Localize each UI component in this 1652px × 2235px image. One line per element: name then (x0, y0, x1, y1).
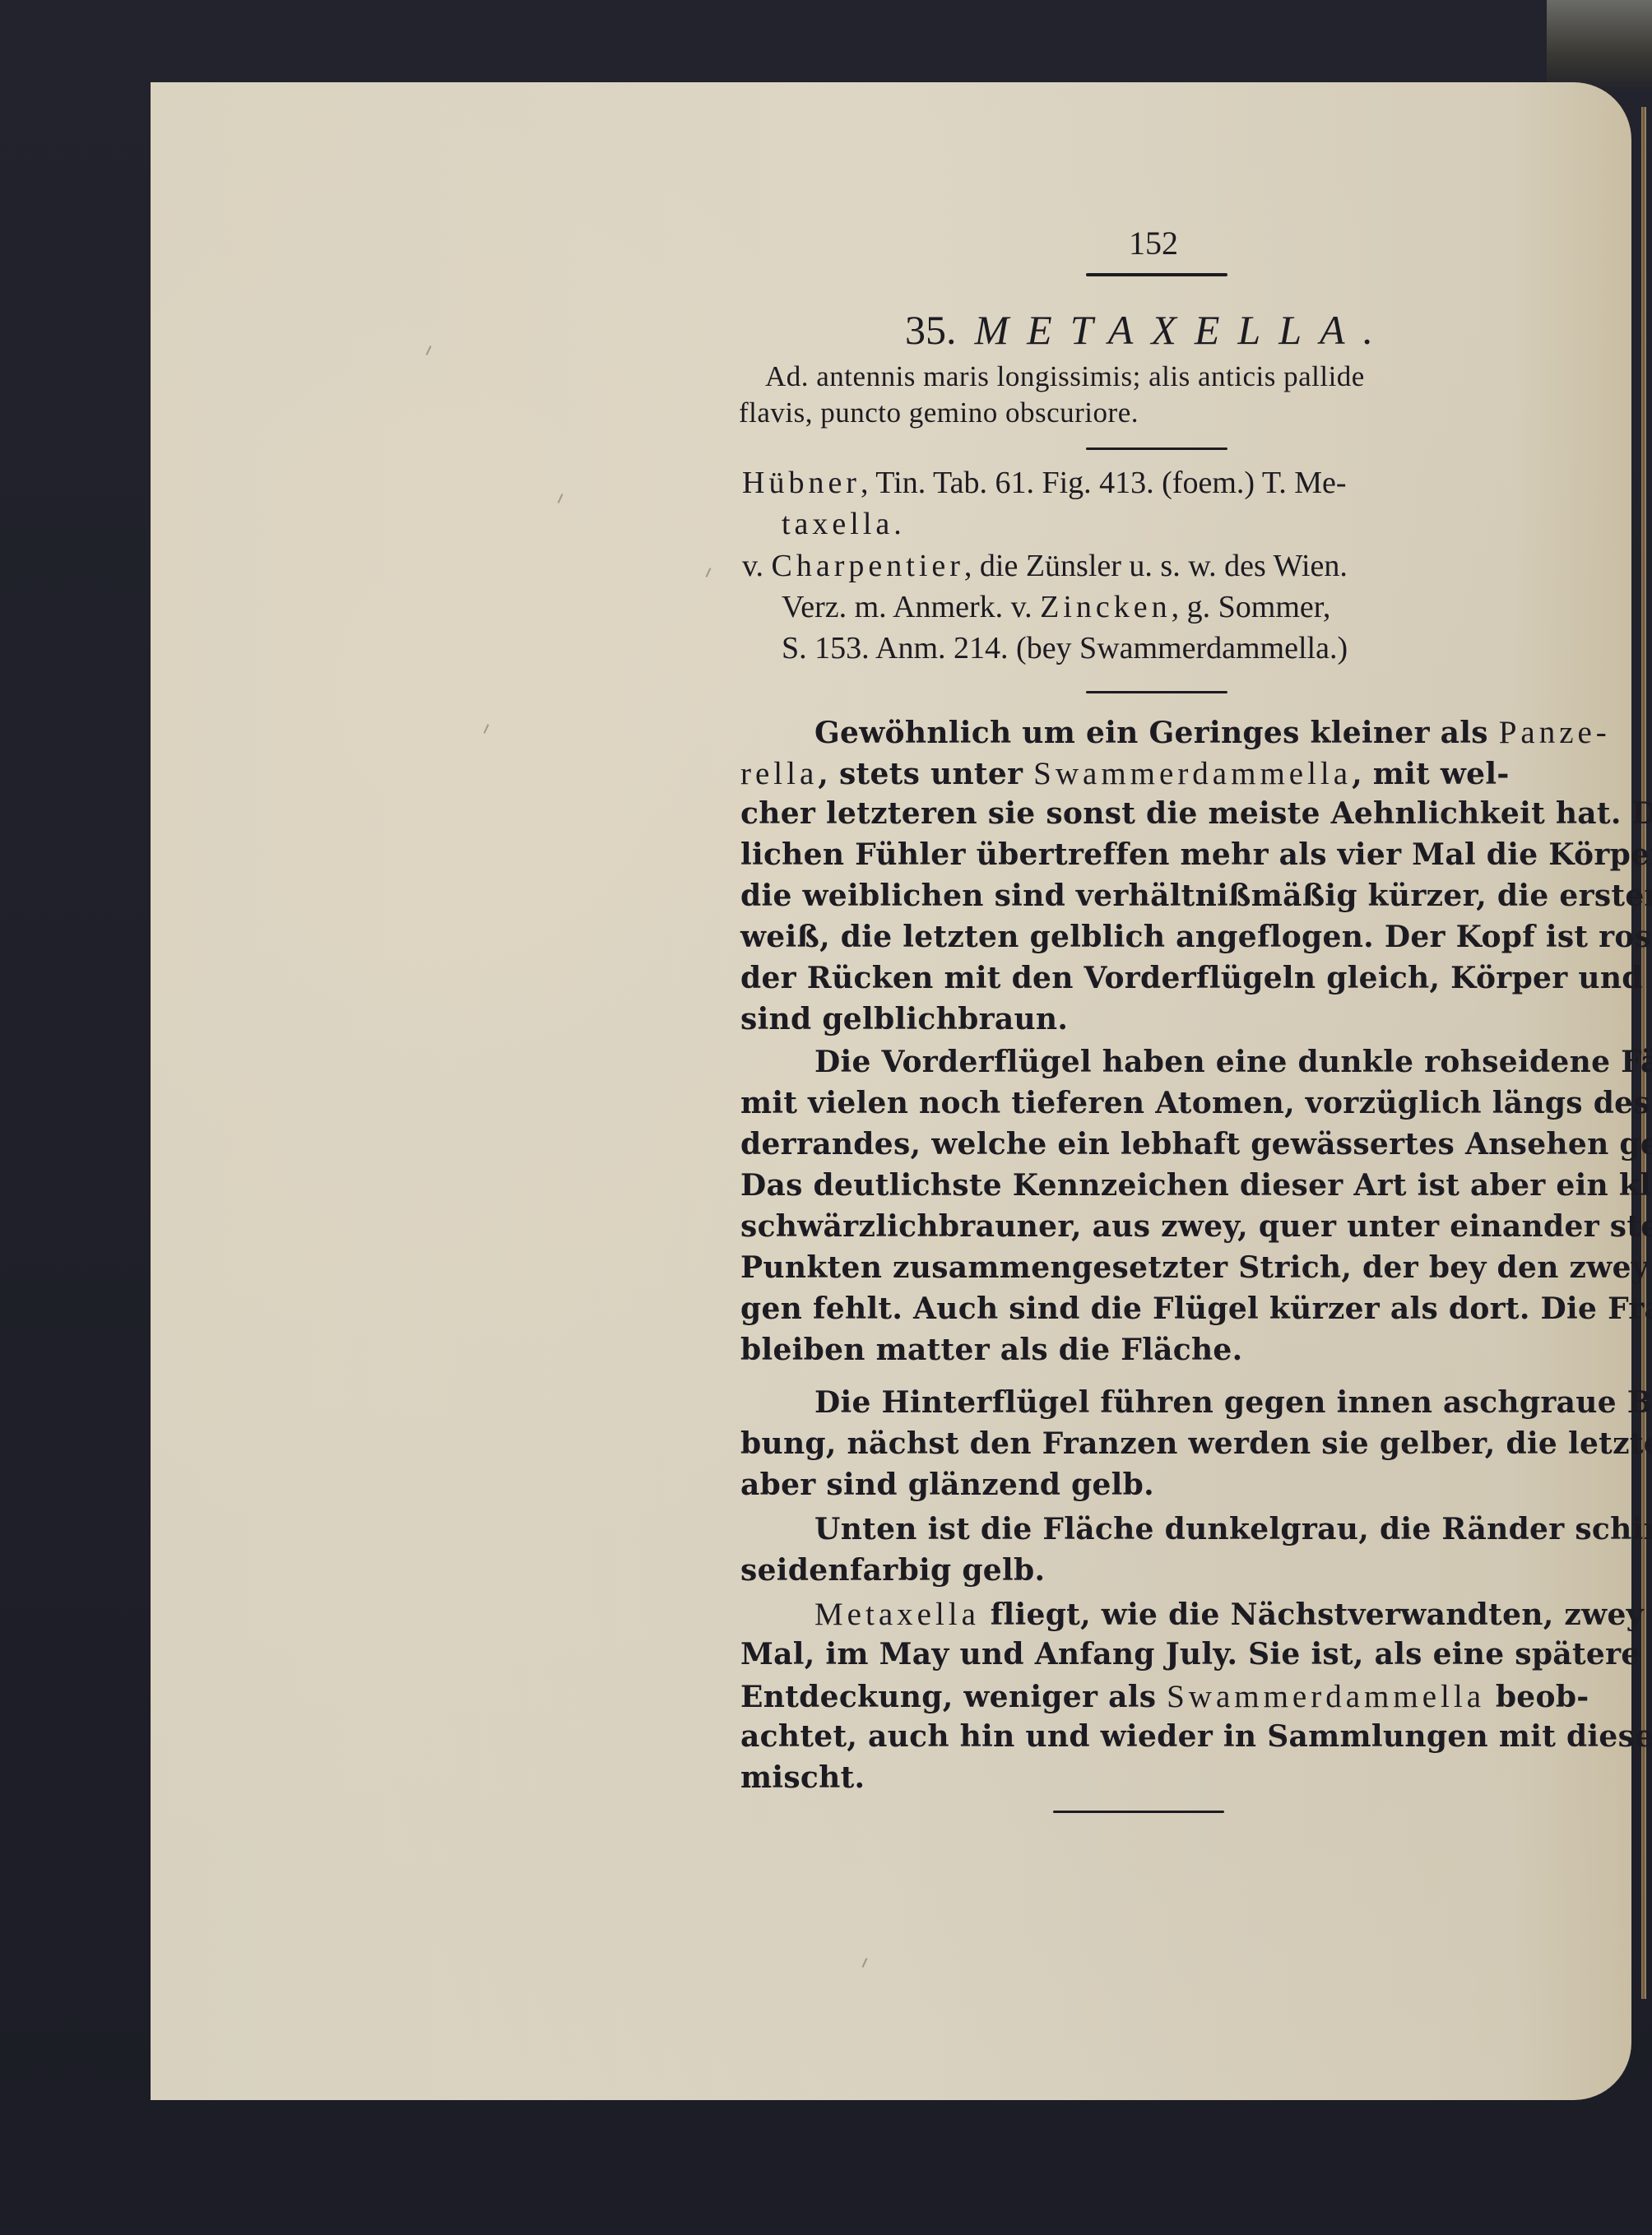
paragraph-line: derrandes, welche ein lebhaft gewässerte… (740, 1127, 1652, 1162)
section-heading: 35.METAXELLA. (905, 306, 1391, 354)
bibliography-line: S. 153. Anm. 214. (bey Swammerdammella.) (782, 630, 1348, 666)
paragraph-line: lichen Fühler übertreffen mehr als vier … (740, 837, 1652, 872)
paragraph-line: der Rücken mit den Vorderflügeln gleich,… (740, 961, 1652, 995)
bibliography-line: v. Charpentier, die Zünsler u. s. w. des… (742, 548, 1348, 584)
paragraph-line: achtet, auch hin und wieder in Sammlunge… (740, 1719, 1652, 1754)
section-number: 35. (905, 307, 957, 353)
diagnosis-line: flavis, puncto gemino obscuriore. (739, 396, 1139, 429)
paragraph-line: Punkten zusammengesetzter Strich, der be… (740, 1250, 1652, 1285)
paragraph-line: mischt. (740, 1760, 865, 1795)
separator-rule (1086, 447, 1227, 450)
paragraph-line: Entdeckung, weniger als Swammerdammella … (740, 1678, 1589, 1715)
paragraph-line: Die Hinterflügel führen gegen innen asch… (814, 1385, 1652, 1420)
paragraph-line: Mal, im May und Anfang July. Sie ist, al… (740, 1637, 1640, 1672)
bibliography-line: taxella. (782, 506, 906, 542)
scanner-corner-shadow (1547, 0, 1652, 90)
paragraph-line: schwärzlichbrauner, aus zwey, quer unter… (740, 1209, 1652, 1244)
paragraph-line: Unten ist die Fläche dunkelgrau, die Rän… (814, 1512, 1652, 1546)
paragraph-line: cher letzteren sie sonst die meiste Aehn… (740, 796, 1652, 831)
paragraph-line: sind gelblichbraun. (740, 1002, 1068, 1036)
paragraph-line: die weiblichen sind verhältnißmäßig kürz… (740, 879, 1652, 913)
species-name: METAXELLA. (975, 307, 1392, 353)
paragraph-line: Metaxella fliegt, wie die Nächstverwandt… (814, 1596, 1644, 1633)
diagnosis-line: Ad. antennis maris longissimis; alis ant… (765, 360, 1365, 393)
paragraph-line: rella, stets unter Swammerdammella, mit … (740, 755, 1510, 792)
header-rule (1086, 273, 1227, 276)
paragraph-line: aber sind glänzend gelb. (740, 1468, 1154, 1502)
paragraph-line: bleiben matter als die Fläche. (740, 1333, 1242, 1367)
paragraph-line: Das deutlichste Kennzeichen dieser Art i… (740, 1168, 1652, 1203)
page-number: 152 (1129, 224, 1178, 262)
bibliography-line: Verz. m. Anmerk. v. Zincken, g. Sommer, (782, 589, 1330, 625)
bibliography-line: Hübner, Tin. Tab. 61. Fig. 413. (foem.) … (742, 465, 1347, 501)
paragraph-line: seidenfarbig gelb. (740, 1553, 1045, 1588)
paragraph-line: Die Vorderflügel haben eine dunkle rohse… (814, 1045, 1652, 1079)
separator-rule (1086, 691, 1227, 693)
paragraph-line: Gewöhnlich um ein Geringes kleiner als P… (814, 714, 1611, 751)
paragraph-line: mit vielen noch tieferen Atomen, vorzügl… (740, 1086, 1652, 1120)
end-rule (1053, 1811, 1224, 1813)
paragraph-line: gen fehlt. Auch sind die Flügel kürzer a… (740, 1291, 1652, 1326)
paragraph-line: bung, nächst den Franzen werden sie gelb… (740, 1426, 1652, 1461)
paragraph-line: weiß, die letzten gelblich angeflogen. D… (740, 920, 1652, 954)
